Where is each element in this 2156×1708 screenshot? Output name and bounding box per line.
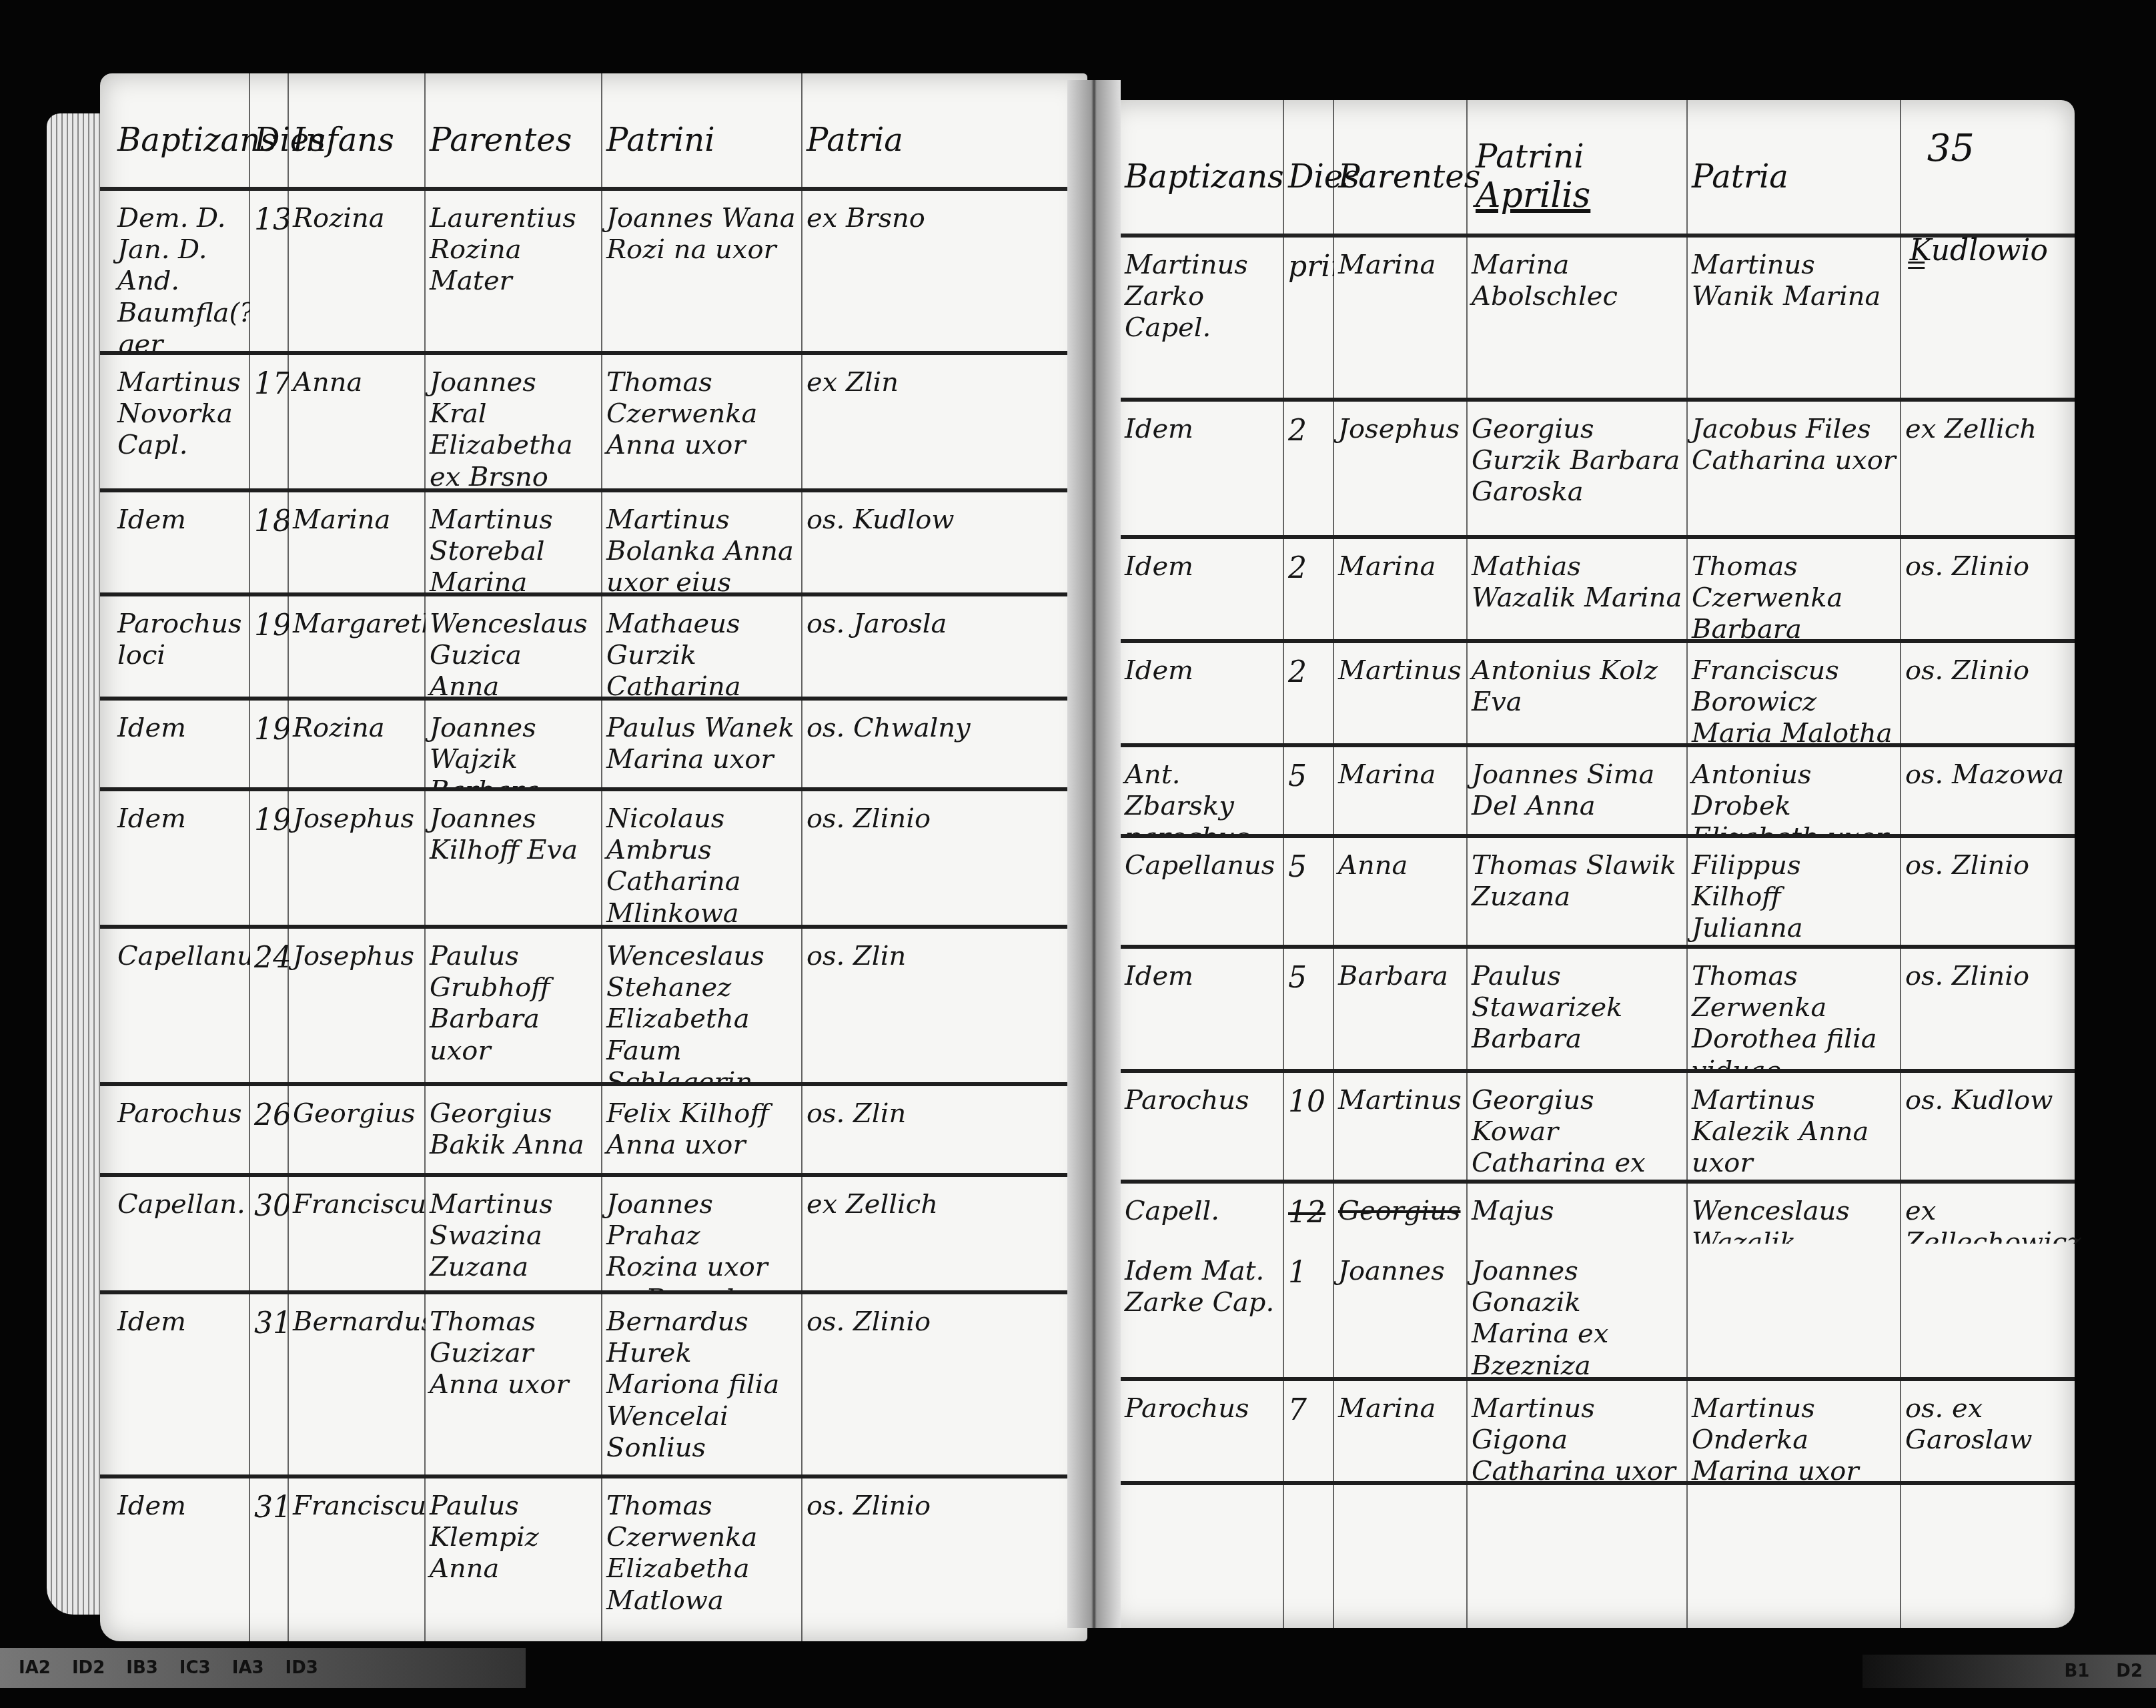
register-entry: Martinus Novorka Capl. 17 Anna Joannes K… bbox=[100, 355, 1087, 492]
parents: Joannes Gonazik Marina ex Bzezniza bbox=[1468, 1244, 1688, 1377]
frame-label: ID3 bbox=[286, 1658, 318, 1678]
header-dies: Dies bbox=[1284, 158, 1334, 195]
day: prima bbox=[1284, 238, 1334, 398]
parents: Mathias Wazalik Marina bbox=[1468, 539, 1688, 639]
origin bbox=[1901, 1244, 2088, 1377]
infant: Rozina bbox=[289, 701, 426, 787]
origin: os. Zlinio bbox=[802, 1294, 1096, 1474]
infant: Marina bbox=[1334, 747, 1468, 834]
godparents: Joannes Prahaz Rozina uxor ex Brwodow bbox=[602, 1177, 802, 1290]
parents: Martinus Gigona Catharina uxor bbox=[1468, 1381, 1688, 1481]
parents: Georgius Bakik Anna bbox=[426, 1086, 602, 1173]
day: 5 bbox=[1284, 747, 1334, 834]
register-entry: Parochus 7 Marina Martinus Gigona Cathar… bbox=[1107, 1381, 2075, 1485]
origin: os. Mazowa bbox=[1901, 747, 2088, 834]
infant: Anna bbox=[289, 355, 426, 488]
day: 19 bbox=[250, 791, 289, 925]
register-entry: Parochus 10 Martinus Georgius Kowar Cath… bbox=[1107, 1073, 2075, 1184]
godparents: Franciscus Borowicz Maria Malotha bbox=[1688, 643, 1901, 743]
parents: Joannes Sima Del Anna bbox=[1468, 747, 1688, 834]
parents: Marina Abolschlec bbox=[1468, 238, 1688, 398]
register-entry: Idem 18 Marina Martinus Storebal Marina … bbox=[100, 492, 1087, 596]
godparents: Martinus Kalezik Anna uxor bbox=[1688, 1073, 1901, 1180]
frame-label: D2 bbox=[2116, 1661, 2143, 1681]
godparents: Thomas Czerwenka Barbara Dawidizka bbox=[1688, 539, 1901, 639]
baptizans: Parochus loci bbox=[113, 596, 250, 697]
infant: Joannes bbox=[1334, 1244, 1468, 1377]
godparents: Mathaeus Gurzik Catharina uxor bbox=[602, 596, 802, 697]
origin: os. Kudlow bbox=[802, 492, 1096, 592]
baptizans: Idem bbox=[113, 492, 250, 592]
origin: ex Zlin bbox=[802, 355, 1096, 488]
godparents: Martinus Wanik Marina bbox=[1688, 238, 1901, 398]
register-entry: Idem 5 Barbara Paulus Stawarizek Barbara… bbox=[1107, 949, 2075, 1073]
header-parentes: Parentes bbox=[426, 121, 602, 159]
baptizans: Martinus Zarko Capel. bbox=[1121, 238, 1284, 398]
header-dies: Dies bbox=[250, 121, 289, 159]
film-frame-labels-left: IA2 ID2 IB3 IC3 IA3 ID3 bbox=[0, 1648, 526, 1688]
baptizans: Idem bbox=[113, 1478, 250, 1619]
frame-label: ID2 bbox=[72, 1658, 105, 1678]
register-entry: Idem 19 Rozina Joannes Wajzik Barbara Pa… bbox=[100, 701, 1087, 791]
origin: ex Zellechowicz bbox=[1901, 1184, 2088, 1244]
register-entry: Capellanus 24 Josephus Paulus Grubhoff B… bbox=[100, 929, 1087, 1086]
register-entry: Martinus Zarko Capel. prima Marina Marin… bbox=[1107, 238, 2075, 402]
parents: Antonius Kolz Eva bbox=[1468, 643, 1688, 743]
day: 24 bbox=[250, 929, 289, 1082]
origin: os. ex Garoslaw bbox=[1901, 1381, 2088, 1481]
infant: Josephus bbox=[289, 791, 426, 925]
frame-label: IC3 bbox=[179, 1658, 211, 1678]
parents: Martinus Storebal Marina bbox=[426, 492, 602, 592]
baptizans: Parochus bbox=[113, 1086, 250, 1173]
day: 1 bbox=[1284, 1244, 1334, 1377]
infant: Rozina bbox=[289, 191, 426, 351]
origin: os. Zlinio bbox=[1901, 838, 2088, 945]
book-page-edges bbox=[47, 113, 107, 1615]
godparents: Wenceslaus Stehanez Elizabetha Faum Schl… bbox=[602, 929, 802, 1082]
header-patrini: Patrini bbox=[602, 121, 802, 159]
day: 10 bbox=[1284, 1073, 1334, 1180]
baptizans: Idem bbox=[113, 701, 250, 787]
infant: Josephus bbox=[1334, 402, 1468, 535]
origin: os. Kudlow bbox=[1901, 1073, 2088, 1180]
parents: Martinus Swazina Zuzana bbox=[426, 1177, 602, 1290]
godparents: Thomas Czerwenka Anna uxor bbox=[602, 355, 802, 488]
infant: Josephus bbox=[289, 929, 426, 1082]
godparents: Filippus Kilhoff Julianna Wrastowa bbox=[1688, 838, 1901, 945]
day: 31 bbox=[250, 1294, 289, 1474]
parents: Georgius Gurzik Barbara Garoska bbox=[1468, 402, 1688, 535]
register-entry: Idem 19 Josephus Joannes Kilhoff Eva Nic… bbox=[100, 791, 1087, 929]
parents: Paulus Stawarizek Barbara bbox=[1468, 949, 1688, 1069]
header-patrini: Patrini Aprilis bbox=[1468, 138, 1688, 216]
origin: os. Zlinio bbox=[802, 791, 1096, 925]
day: 5 bbox=[1284, 949, 1334, 1069]
origin: ex Zellich bbox=[1901, 402, 2088, 535]
origin: os. Chwalny bbox=[802, 701, 1096, 787]
header-patria: Patria bbox=[1688, 158, 1901, 195]
day: 13 bbox=[250, 191, 289, 351]
godparents: Nicolaus Ambrus Catharina Mlinkowa Malit… bbox=[602, 791, 802, 925]
day: 2 bbox=[1284, 402, 1334, 535]
day: 31 bbox=[250, 1478, 289, 1619]
baptizans: Capell. bbox=[1121, 1184, 1284, 1244]
godparents: Thomas Czerwenka Elizabetha Matlowa bbox=[602, 1478, 802, 1619]
left-register-page: Baptizans Dies Infans Parentes Patrini P… bbox=[100, 73, 1087, 1641]
infant: Marina bbox=[1334, 1381, 1468, 1481]
origin: ex Zellich bbox=[802, 1177, 1096, 1290]
day: 2 bbox=[1284, 643, 1334, 743]
register-entry: Capell. 12 Georgius Majus Wenceslaus Waz… bbox=[1107, 1184, 2075, 1244]
godparents: Jacobus Files Catharina uxor bbox=[1688, 402, 1901, 535]
header-baptizans: Baptizans bbox=[1121, 158, 1284, 195]
origin: os. Zlinio bbox=[1901, 949, 2088, 1069]
register-entry: Ant. Zbarsky parochus 5 Marina Joannes S… bbox=[1107, 747, 2075, 838]
day: 19 bbox=[250, 596, 289, 697]
origin: ex Brsno bbox=[802, 191, 1096, 351]
column-header-row: Baptizans Dies Parentes Patrini Aprilis … bbox=[1107, 120, 2075, 238]
register-entry: Idem 2 Josephus Georgius Gurzik Barbara … bbox=[1107, 402, 2075, 539]
right-register-page: 35 Baptizans Dies Parentes Patrini April… bbox=[1107, 100, 2075, 1628]
baptizans: Idem bbox=[1121, 643, 1284, 743]
baptizans: Capellanus bbox=[1121, 838, 1284, 945]
header-patria: Patria bbox=[802, 121, 1096, 159]
register-entry: Idem 2 Marina Mathias Wazalik Marina Tho… bbox=[1107, 539, 2075, 643]
godparents: Felix Kilhoff Anna uxor bbox=[602, 1086, 802, 1173]
baptizans: Ant. Zbarsky parochus bbox=[1121, 747, 1284, 834]
day: 18 bbox=[250, 492, 289, 592]
infant: Barbara bbox=[1334, 949, 1468, 1069]
godparents: Martinus Onderka Marina uxor bbox=[1688, 1381, 1901, 1481]
parents: Paulus Klempiz Anna bbox=[426, 1478, 602, 1619]
origin: os. Jarosla bbox=[802, 596, 1096, 697]
day: 5 bbox=[1284, 838, 1334, 945]
infant: Georgius bbox=[1334, 1184, 1468, 1244]
godparents bbox=[1688, 1244, 1901, 1377]
infant: Martinus bbox=[1334, 643, 1468, 743]
header-infans: Infans bbox=[289, 121, 426, 159]
godparents: Antonius Drobek Elizabeth uxor bbox=[1688, 747, 1901, 834]
register-entry: Idem 31 Bernardus Thomas Guzizar Anna ux… bbox=[100, 1294, 1087, 1478]
baptizans: Parochus bbox=[1121, 1381, 1284, 1481]
origin: os. Zlinio bbox=[1901, 539, 2088, 639]
baptizans: Idem bbox=[113, 791, 250, 925]
godparents: Martinus Bolanka Anna uxor eius bbox=[602, 492, 802, 592]
baptizans: Capellan. bbox=[113, 1177, 250, 1290]
register-entry: Capellan. 30 Franciscus Martinus Swazina… bbox=[100, 1177, 1087, 1294]
parents: Laurentius Rozina Mater bbox=[426, 191, 602, 351]
infant: Martinus bbox=[1334, 1073, 1468, 1180]
parents: Joannes Kral Elizabetha ex Brsno bbox=[426, 355, 602, 488]
column-header-row: Baptizans Dies Infans Parentes Patrini P… bbox=[100, 93, 1087, 191]
parents: Majus bbox=[1468, 1184, 1688, 1244]
register-entry: Idem 31 Franciscus Paulus Klempiz Anna T… bbox=[100, 1478, 1087, 1619]
register-entry: Dem. D. Jan. D. And. Baumfla(?) ger paro… bbox=[100, 191, 1087, 355]
infant: Georgius bbox=[289, 1086, 426, 1173]
header-parentes: Parentes bbox=[1334, 158, 1468, 195]
frame-label: IA2 bbox=[19, 1658, 51, 1678]
baptizans: Parochus bbox=[1121, 1073, 1284, 1180]
baptizans: Idem Mat. Zarke Cap. bbox=[1121, 1244, 1284, 1377]
infant: Marina bbox=[289, 492, 426, 592]
book-spine bbox=[1067, 80, 1121, 1628]
godparents: Joannes Wana Rozi na uxor bbox=[602, 191, 802, 351]
film-frame-labels-right: B1 D2 bbox=[1862, 1655, 2156, 1688]
godparents: Wenceslaus Wazalik Marina uxor eius bbox=[1688, 1184, 1901, 1244]
baptizans: Idem bbox=[1121, 402, 1284, 535]
origin: os. Zlinio bbox=[1901, 643, 2088, 743]
baptizans: Idem bbox=[1121, 539, 1284, 639]
day: 12 bbox=[1284, 1184, 1334, 1244]
month-heading: Aprilis bbox=[1472, 175, 1688, 216]
baptizans: Idem bbox=[113, 1294, 250, 1474]
parents: Paulus Grubhoff Barbara uxor bbox=[426, 929, 602, 1082]
godparents: Bernardus Hurek Mariona filia Wencelai S… bbox=[602, 1294, 802, 1474]
infant: Franciscus bbox=[289, 1177, 426, 1290]
origin: os. Zlin bbox=[802, 929, 1096, 1082]
register-entry: Idem Mat. Zarke Cap. 1 Joannes Joannes G… bbox=[1107, 1244, 2075, 1381]
register-entries: Martinus Zarko Capel. prima Marina Marin… bbox=[1107, 238, 2075, 1485]
day: 7 bbox=[1284, 1381, 1334, 1481]
origin: = bbox=[1901, 238, 2088, 398]
parents: Thomas Guzizar Anna uxor bbox=[426, 1294, 602, 1474]
frame-label: B1 bbox=[2064, 1661, 2089, 1681]
header-baptizans: Baptizans bbox=[113, 121, 250, 159]
frame-label: IA3 bbox=[232, 1658, 264, 1678]
parents: Joannes Kilhoff Eva bbox=[426, 791, 602, 925]
infant: Bernardus bbox=[289, 1294, 426, 1474]
parents: Thomas Slawik Zuzana bbox=[1468, 838, 1688, 945]
day: 19 bbox=[250, 701, 289, 787]
godparents: Paulus Wanek Marina uxor bbox=[602, 701, 802, 787]
origin: os. Zlinio bbox=[802, 1478, 1096, 1619]
register-entry: Parochus 26 Georgius Georgius Bakik Anna… bbox=[100, 1086, 1087, 1177]
day: 2 bbox=[1284, 539, 1334, 639]
infant: Marina bbox=[1334, 539, 1468, 639]
baptizans: Dem. D. Jan. D. And. Baumfla(?) ger paro… bbox=[113, 191, 250, 351]
godparents: Thomas Zerwenka Dorothea filia viduae bbox=[1688, 949, 1901, 1069]
register-entries: Dem. D. Jan. D. And. Baumfla(?) ger paro… bbox=[100, 191, 1087, 1619]
day: 17 bbox=[250, 355, 289, 488]
parents: Wenceslaus Guzica Anna bbox=[426, 596, 602, 697]
baptizans: Martinus Novorka Capl. bbox=[113, 355, 250, 488]
parents: Georgius Kowar Catharina ex Garoslawicz bbox=[1468, 1073, 1688, 1180]
parents: Joannes Wajzik Barbara bbox=[426, 701, 602, 787]
origin: os. Zlin bbox=[802, 1086, 1096, 1173]
infant: Anna bbox=[1334, 838, 1468, 945]
day: 30 bbox=[250, 1177, 289, 1290]
register-entry: Capellanus 5 Anna Thomas Slawik Zuzana F… bbox=[1107, 838, 2075, 949]
frame-label: IB3 bbox=[126, 1658, 158, 1678]
baptizans: Idem bbox=[1121, 949, 1284, 1069]
infant: Marina bbox=[1334, 238, 1468, 398]
day: 26 bbox=[250, 1086, 289, 1173]
register-entry: Idem 2 Martinus Antonius Kolz Eva Franci… bbox=[1107, 643, 2075, 747]
register-entry: Parochus loci 19 Margaretha Wenceslaus G… bbox=[100, 596, 1087, 701]
baptizans: Capellanus bbox=[113, 929, 250, 1082]
infant: Margaretha bbox=[289, 596, 426, 697]
infant: Franciscus bbox=[289, 1478, 426, 1619]
